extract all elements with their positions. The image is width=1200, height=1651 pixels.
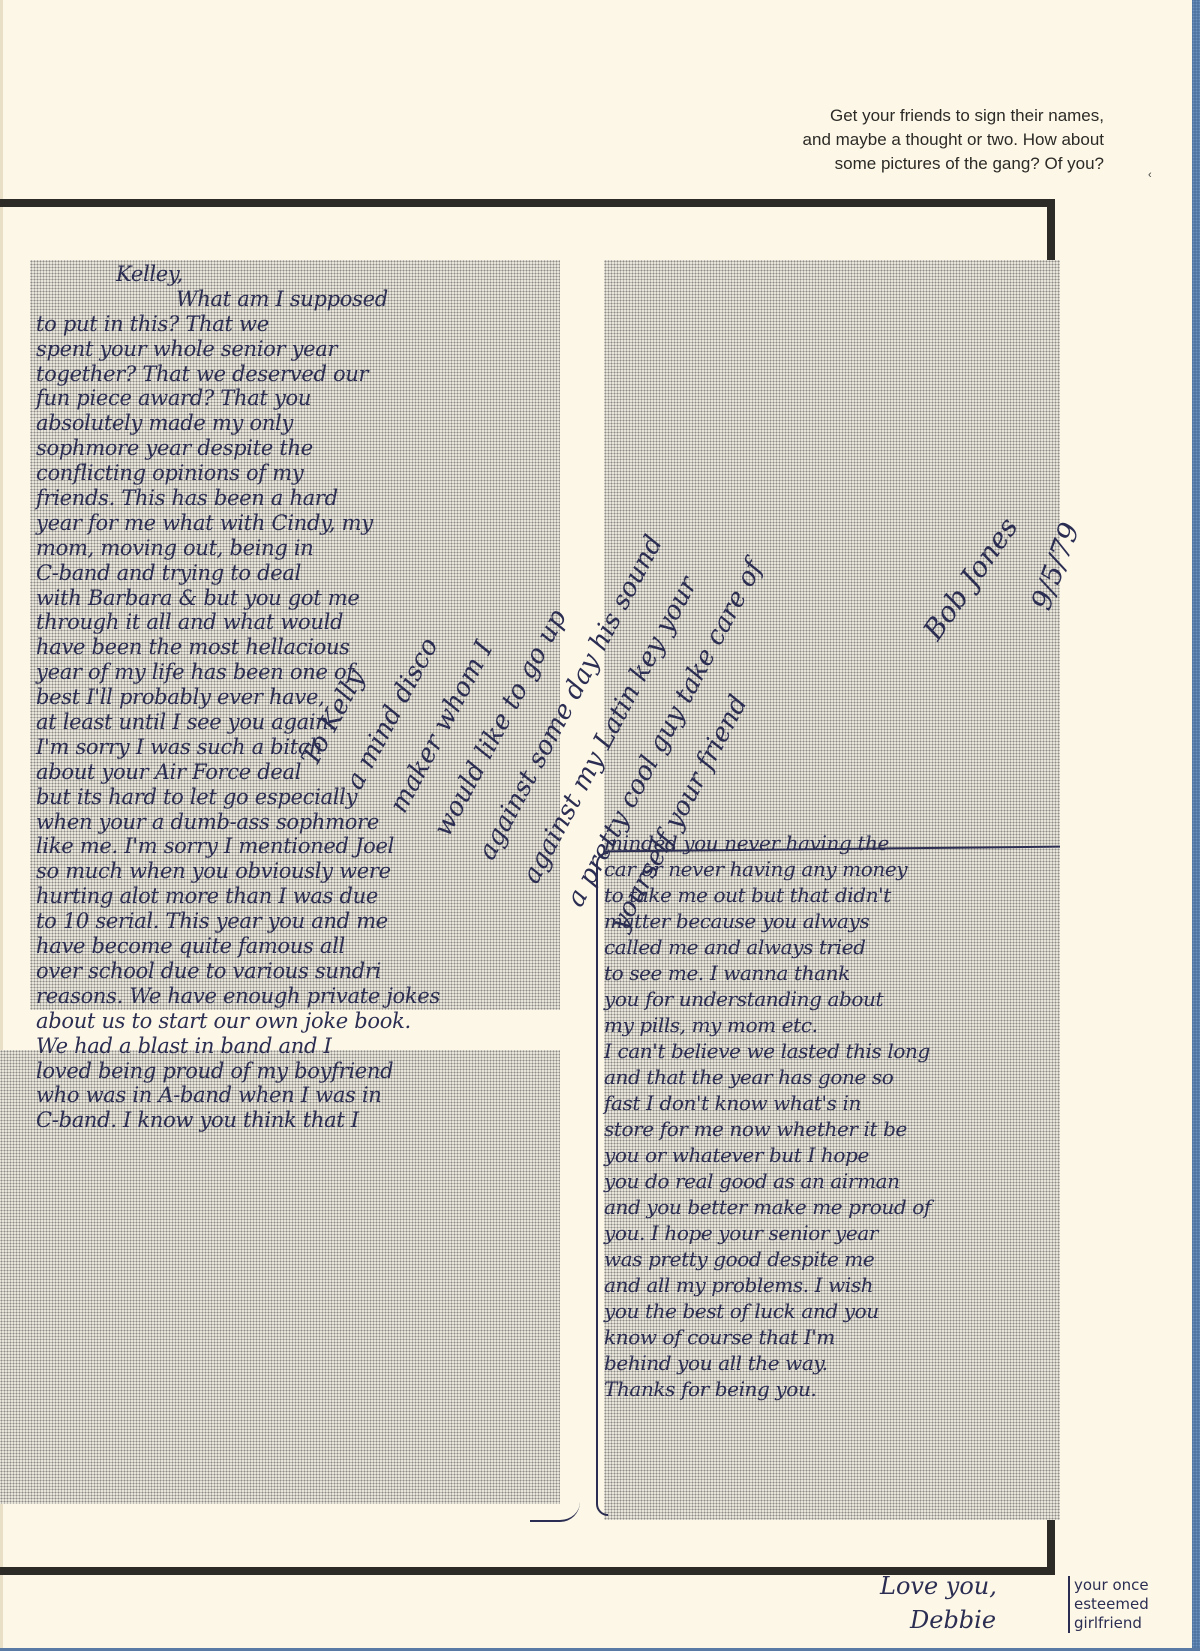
note-salutation: Kelley,	[36, 262, 576, 287]
note-line: to put in this? That we	[36, 312, 576, 337]
printed-caption: Get your friends to sign their names, an…	[803, 104, 1104, 176]
note-line: you. I hope your senior year	[604, 1220, 1064, 1246]
caption-line: some pictures of the gang? Of you?	[803, 152, 1104, 176]
margin-mark: ‹	[1148, 169, 1152, 181]
note-line: you the best of luck and you	[604, 1298, 1064, 1324]
note-line: you for understanding about	[604, 986, 1064, 1012]
closing-note: your once esteemed girlfriend	[1068, 1576, 1149, 1633]
note-line: spent your whole senior year	[36, 337, 576, 362]
note-line: Thanks for being you.	[604, 1376, 1064, 1402]
closing-note-line: girlfriend	[1074, 1614, 1149, 1633]
note-line: and you better make me proud of	[604, 1194, 1064, 1220]
yearbook-page: Get your friends to sign their names, an…	[0, 0, 1192, 1648]
closing-love: Love you,	[880, 1572, 997, 1600]
note-line: What am I supposed	[36, 287, 576, 312]
note-line: fun piece award? That you	[36, 386, 576, 411]
note-line: my pills, my mom etc.	[604, 1012, 1064, 1038]
note-line: minded you never having the	[604, 830, 1064, 856]
closing-note-line: your once	[1074, 1576, 1149, 1595]
note-line: I can't believe we lasted this long	[604, 1038, 1064, 1064]
note-line: store for me now whether it be	[604, 1116, 1064, 1142]
note-line: have become quite famous all	[36, 934, 576, 959]
note-line: and all my problems. I wish	[604, 1272, 1064, 1298]
note-line: car or never having any money	[604, 856, 1064, 882]
note-line: hurting alot more than I was due	[36, 884, 576, 909]
book-cover-cloth-right	[1192, 0, 1200, 1651]
right-handwritten-note: minded you never having the car or never…	[604, 830, 1064, 1402]
note-line: was pretty good despite me	[604, 1246, 1064, 1272]
note-line: behind you all the way.	[604, 1350, 1064, 1376]
caption-line: Get your friends to sign their names,	[803, 104, 1104, 128]
note-line: to see me. I wanna thank	[604, 960, 1064, 986]
note-line: together? That we deserved our	[36, 362, 576, 387]
note-line: We had a blast in band and I	[36, 1034, 576, 1059]
note-line: C-band. I know you think that I	[36, 1108, 576, 1133]
closing-name: Debbie	[910, 1606, 996, 1634]
note-line: you or whatever but I hope	[604, 1142, 1064, 1168]
note-line: about us to start our own joke book.	[36, 1009, 576, 1034]
note-line: you do real good as an airman	[604, 1168, 1064, 1194]
note-line: fast I don't know what's in	[604, 1090, 1064, 1116]
note-line: and that the year has gone so	[604, 1064, 1064, 1090]
note-line: know of course that I'm	[604, 1324, 1064, 1350]
note-line: reasons. We have enough private jokes	[36, 984, 576, 1009]
note-line: to take me out but that didn't	[604, 882, 1064, 908]
note-line: loved being proud of my boyfriend	[36, 1059, 576, 1084]
caption-line: and maybe a thought or two. How about	[803, 128, 1104, 152]
note-line: to 10 serial. This year you and me	[36, 909, 576, 934]
note-line: called me and always tried	[604, 934, 1064, 960]
note-line: over school due to various sundri	[36, 959, 576, 984]
note-line: matter because you always	[604, 908, 1064, 934]
note-line: who was in A-band when I was in	[36, 1083, 576, 1108]
closing-note-line: esteemed	[1074, 1595, 1149, 1614]
